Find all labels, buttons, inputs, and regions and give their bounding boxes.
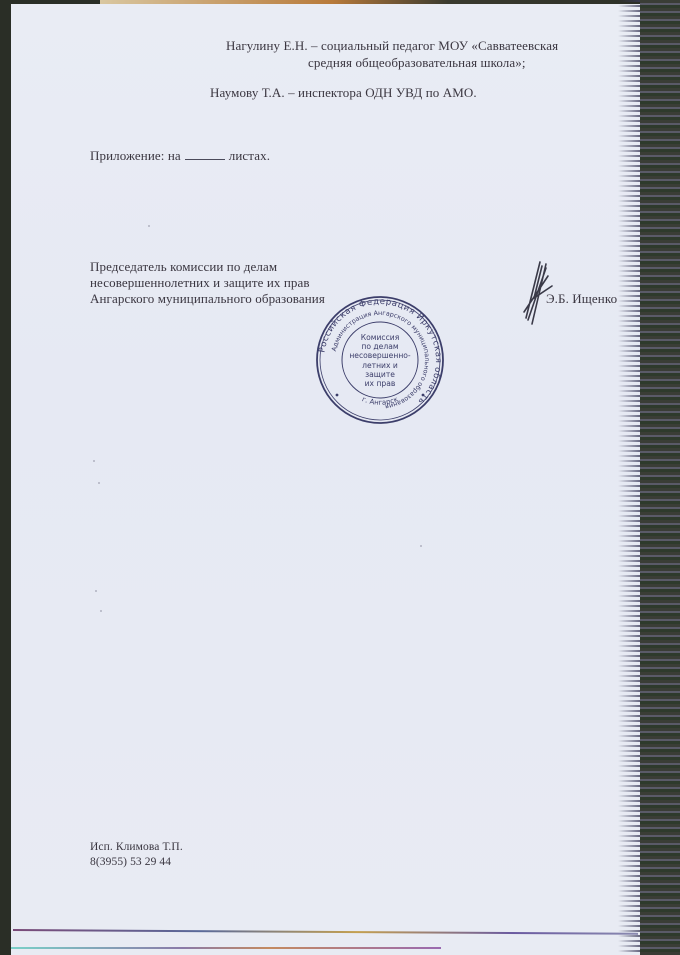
scan-top-edge xyxy=(100,0,680,4)
stamp-center-text: Комиссия по делам несовершенно- летних и… xyxy=(340,333,420,388)
scan-speck xyxy=(100,610,102,612)
scan-speck xyxy=(93,460,95,462)
stamp-center-line: несовершенно- xyxy=(340,351,420,360)
scan-speck xyxy=(420,545,422,547)
signatory-title-line: Ангарского муниципального образования xyxy=(90,291,325,307)
scan-speck xyxy=(98,482,100,484)
signatory-name: Э.Б. Ищенко xyxy=(546,291,617,307)
stamp-center-line: их прав xyxy=(340,379,420,388)
appendix-prefix: Приложение: на xyxy=(90,148,181,163)
appendix-note: Приложение: налистах. xyxy=(90,148,270,164)
stamp-center-line: по делам xyxy=(340,342,420,351)
recipient-1-line-1: Нагулину Е.Н. – социальный педагог МОУ «… xyxy=(226,38,558,54)
recipient-2: Наумову Т.А. – инспектора ОДН УВД по АМО… xyxy=(210,85,477,101)
recipient-1-line-2: средняя общеобразовательная школа»; xyxy=(308,55,526,71)
scan-artifact-line xyxy=(11,947,441,949)
scan-speck xyxy=(95,590,97,592)
stamp-center-line: Комиссия xyxy=(340,333,420,342)
appendix-blank xyxy=(185,159,225,160)
appendix-suffix: листах. xyxy=(229,148,270,163)
executor-name: Исп. Климова Т.П. xyxy=(90,840,183,855)
scanned-page xyxy=(11,4,651,955)
stamp-center-line: защите xyxy=(340,370,420,379)
stamp-center-line: летних и xyxy=(340,361,420,370)
contact-info: Исп. Климова Т.П. 8(3955) 53 29 44 xyxy=(90,840,183,870)
signatory-title-line: несовершеннолетних и защите их прав xyxy=(90,275,325,291)
scan-speck xyxy=(148,225,150,227)
scan-right-edge xyxy=(640,0,680,955)
signatory-title-line: Председатель комиссии по делам xyxy=(90,259,325,275)
signatory-title: Председатель комиссии по делам несоверше… xyxy=(90,259,325,307)
executor-phone: 8(3955) 53 29 44 xyxy=(90,855,183,870)
